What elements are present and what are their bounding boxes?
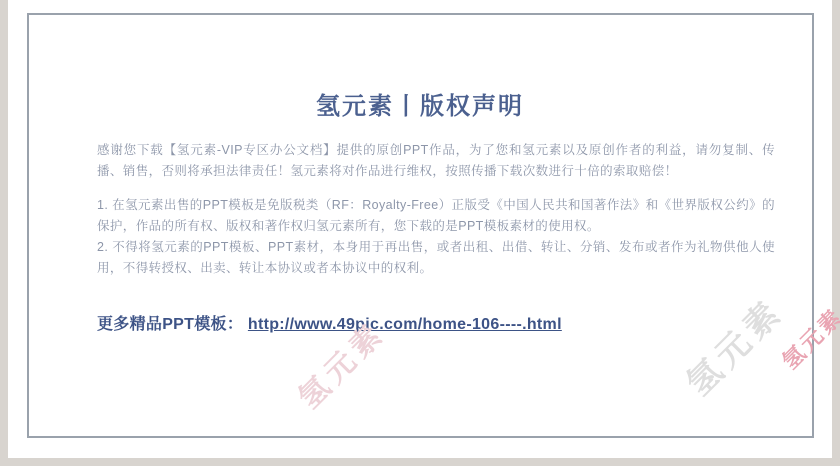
copyright-slide: 氢元素丨版权声明 感谢您下载【氢元素-VIP专区办公文档】提供的原创PPT作品，… [8,0,832,458]
more-templates-label: 更多精品PPT模板： [97,316,243,333]
templates-link[interactable]: http://www.49pic.com/home-106----.html [248,316,562,333]
slide-title: 氢元素丨版权声明 [8,86,832,121]
thanks-paragraph: 感谢您下载【氢元素-VIP专区办公文档】提供的原创PPT作品，为了您和氢元素以及… [97,140,775,182]
term-item-1: 1. 在氢元素出售的PPT模板是免版税类（RF：Royalty-Free）正版受… [97,195,775,237]
copyright-text-block: 感谢您下载【氢元素-VIP专区办公文档】提供的原创PPT作品，为了您和氢元素以及… [97,140,775,279]
term-item-2: 2. 不得将氢元素的PPT模板、PPT素材，本身用于再出售，或者出租、出借、转让… [97,237,775,279]
watermark-gray-right: 氢元素 [673,285,793,405]
more-templates-line: 更多精品PPT模板： http://www.49pic.com/home-106… [97,311,562,334]
